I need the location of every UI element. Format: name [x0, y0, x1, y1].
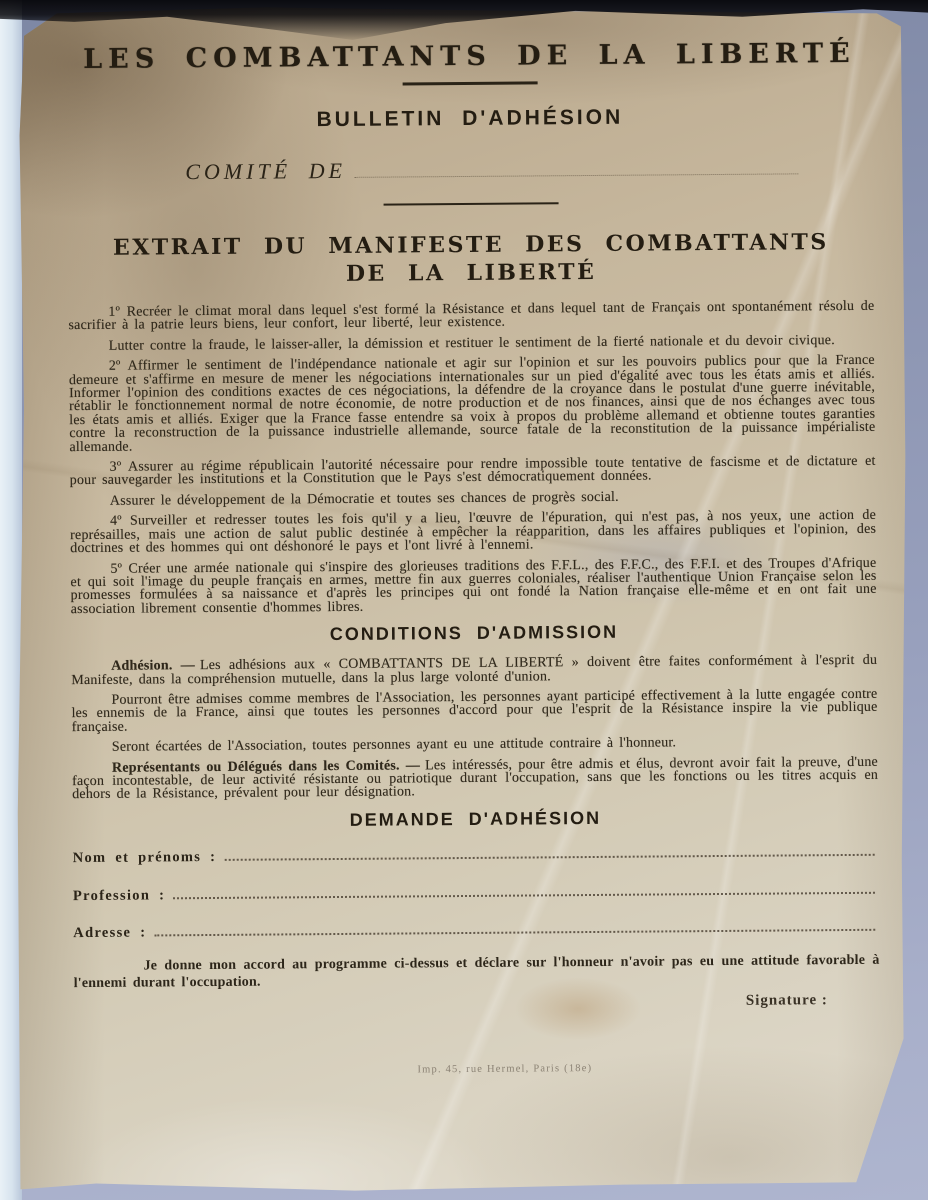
manifesto-paragraph: 2º Affirmer le sentiment de l'indépendan…: [69, 354, 876, 454]
name-field-dotted-line: [224, 840, 875, 861]
section-divider: [383, 202, 558, 206]
address-field-row: Adresse :: [73, 914, 879, 942]
title-divider: [402, 81, 537, 85]
manifesto-paragraph: 1º Recréer le climat moral dans lequel s…: [68, 300, 874, 333]
declaration-text: Je donne mon accord au programme ci-dess…: [73, 952, 879, 992]
demande-heading: DEMANDE D'ADHÉSION: [72, 806, 878, 833]
paragraph-text: Pourront être admises comme membres de l…: [71, 687, 877, 735]
conditions-heading: CONDITIONS D'ADMISSION: [71, 620, 877, 647]
name-field-row: Nom et prénoms :: [73, 840, 879, 868]
manifesto-paragraph: Lutter contre la fraude, le laisser-alle…: [69, 334, 875, 354]
bulletin-heading: BULLETIN D'ADHÉSION: [67, 103, 873, 133]
address-field-dotted-line: [154, 914, 875, 936]
comite-row: COMITÉ DE: [185, 154, 798, 185]
scan-backdrop-strip: [0, 0, 22, 1200]
manifesto-paragraph: 3º Assurer au régime républicain l'autor…: [70, 455, 876, 488]
profession-field-label: Profession :: [73, 887, 165, 905]
conditions-paragraph: Représentants ou Délégués dans les Comit…: [72, 755, 878, 802]
manifesto-paragraph: Assurer le développement de la Démocrati…: [70, 489, 876, 509]
conditions-paragraph: Seront écartées de l'Association, toutes…: [72, 735, 878, 755]
profession-field-dotted-line: [173, 877, 875, 899]
printer-imprint: Imp. 45, rue Hermel, Paris (18e): [74, 1061, 880, 1078]
comite-label: COMITÉ DE: [185, 157, 346, 184]
conditions-paragraph: Adhésion. —Les adhésions aux « COMBATTAN…: [71, 654, 877, 687]
signature-label: Signature :: [74, 992, 828, 1015]
profession-field-row: Profession :: [73, 877, 879, 905]
address-field-label: Adresse :: [73, 924, 146, 942]
manifesto-paragraph: 4º Surveiller et redresser toutes les fo…: [70, 509, 876, 556]
adhesion-form-document: LES COMBATTANTS DE LA LIBERTÉ BULLETIN D…: [16, 5, 908, 1193]
demande-form: Nom et prénoms : Profession : Adresse :: [73, 840, 880, 942]
manifesto-paragraph: 5º Créer une armée nationale qui s'inspi…: [70, 556, 876, 616]
conditions-paragraph: Pourront être admises comme membres de l…: [71, 688, 877, 735]
manifesto-heading: EXTRAIT DU MANIFESTE DES COMBATTANTS DE …: [68, 228, 874, 290]
comite-fill-line: [354, 157, 798, 177]
name-field-label: Nom et prénoms :: [73, 849, 217, 867]
document-content: LES COMBATTANTS DE LA LIBERTÉ BULLETIN D…: [16, 1, 916, 1078]
paragraph-text: Seront écartées de l'Association, toutes…: [112, 735, 676, 754]
page-title: LES COMBATTANTS DE LA LIBERTÉ: [66, 38, 872, 75]
